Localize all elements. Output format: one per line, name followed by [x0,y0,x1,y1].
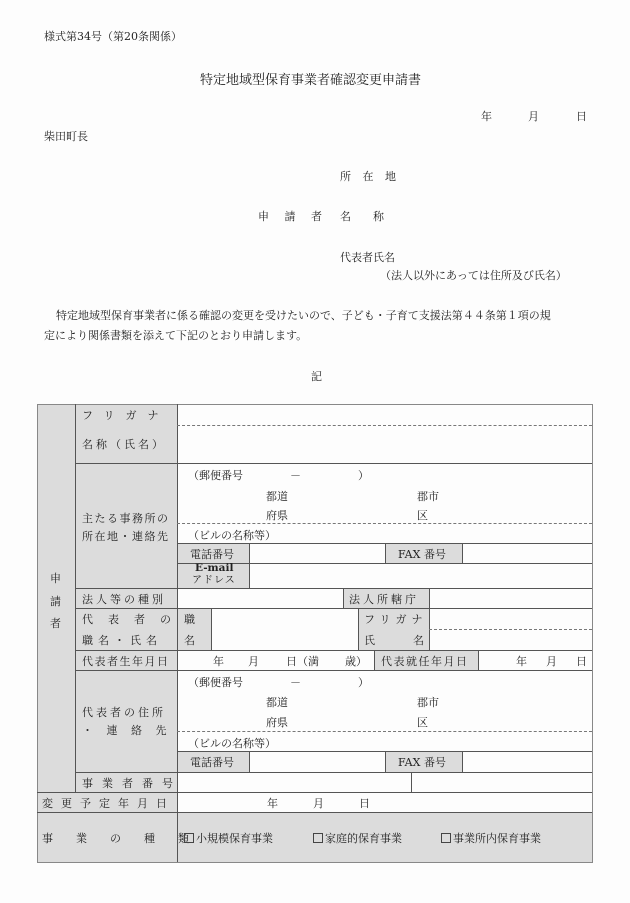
operator-no-input[interactable] [178,773,410,791]
phone-label: 電話番号 [190,546,234,562]
email-input[interactable] [250,564,591,587]
option-workplace[interactable]: 事業所内保育事業 [441,830,541,846]
option-label: 小規模保育事業 [196,832,273,845]
email-label-2: アドレス [192,575,236,586]
side-label-1: 申 [50,570,61,586]
furigana-label: フリガナ [82,407,169,423]
appt-month: 月 [546,653,557,669]
rep-furigana-label: フリガナ [364,611,427,627]
gunshi-label: 郡市 [417,488,439,504]
dashed-divider [177,731,592,732]
option-small-scale[interactable]: 小規模保育事業 [184,830,273,846]
corp-office-label: 法人所轄庁 [349,591,419,607]
divider [411,772,412,792]
operator-no-label: 事業者番号 [82,775,182,791]
corp-type-input[interactable] [178,589,342,607]
side-label-3: 者 [50,615,61,631]
fuken2-label: 府県 [266,714,288,730]
divider [385,751,386,772]
corp-type-label: 法人等の種別 [82,591,166,607]
change-date-label: 変更予定年月日 [42,795,175,811]
rep-title-label-2: 職名・氏名 [82,632,162,648]
fuken-label: 府県 [266,507,288,523]
date-year: 年 [481,108,492,124]
side-label-2: 請 [50,593,61,609]
gunshi2-label: 郡市 [417,694,439,710]
ki-label: 記 [311,368,322,384]
fax-input[interactable] [463,544,591,562]
document-title: 特定地域型保育事業者確認変更申請書 [200,69,421,88]
date-month: 月 [528,108,539,124]
birth-day: 日（満 [286,653,319,669]
option-label: 家庭的保育事業 [325,832,402,845]
rep-title-input[interactable] [212,609,357,649]
postal2-label: （郵便番号 [188,674,243,690]
dashed-divider [177,523,592,524]
applicant-location-label: 所 在 地 [340,168,400,184]
date-day: 日 [576,108,587,124]
rep-title-label-1: 代表者の [82,611,186,627]
appt-day: 日 [576,653,587,669]
body-paragraph-line1: 特定地域型保育事業者に係る確認の変更を受けたいので、子ども・子育て支援法第４４条… [56,307,551,323]
todo-label: 都道 [266,488,288,504]
applicant-rep-note: （法人以外にあっては住所及び氏名） [380,267,567,283]
email-label-1: E-mail [195,563,233,574]
dashed-divider [177,425,592,426]
postal2-close: ） [358,674,369,690]
checkbox-icon[interactable] [184,833,194,843]
fax-label: FAX 番号 [398,546,446,562]
postal-label: （郵便番号 [188,467,243,483]
birth-year: 年 [213,653,224,669]
divider [358,608,359,650]
applicant-name-label: 名 称 [340,208,384,224]
rep-address-label-2: ・ 連 絡 先 [82,722,172,738]
phone-input[interactable] [250,544,384,562]
divider [37,812,592,813]
divider [37,792,592,793]
checkbox-icon[interactable] [313,833,323,843]
rep-appointed-label: 代表就任年月日 [381,653,469,669]
divider [385,543,386,563]
divider [75,463,592,464]
rep-shi-label: 氏 [364,632,375,648]
office-label-2: 所在地・連絡先 [82,528,170,544]
divider [75,650,592,651]
divider [343,588,344,608]
birth-age: 歳） [345,653,367,669]
building-label: （ビルの名称等） [188,527,276,543]
rep-address-label-1: 代表者の住所 [82,704,166,720]
ku-label: 区 [417,507,428,523]
office-label-1: 主たる事務所の [82,510,170,526]
option-label: 事業所内保育事業 [453,832,541,845]
phone2-label: 電話番号 [190,754,234,770]
ku2-label: 区 [417,714,428,730]
birth-month: 月 [248,653,259,669]
postal-close: ） [358,467,369,483]
change-month: 月 [313,795,324,811]
postal2-dash: － [290,674,301,690]
divider [177,404,178,862]
shoku-label-1: 職 [184,611,195,627]
rep-mei-label: 名 [413,632,424,648]
rep-birth-label: 代表者生年月日 [82,653,170,669]
divider [75,670,592,671]
corp-office-input[interactable] [430,589,591,607]
divider [478,650,479,670]
applicant-label: 申 請 者 [258,208,328,224]
divider [374,650,375,670]
option-home-based[interactable]: 家庭的保育事業 [313,830,402,846]
change-day: 日 [359,795,370,811]
fax2-input[interactable] [463,752,591,771]
body-paragraph-line2: 定により関係書類を添えて下記のとおり申請します。 [44,327,307,343]
name-label: 名称（氏名） [82,436,166,452]
addressee: 柴田町長 [44,128,88,144]
shoku-label-2: 名 [184,632,195,648]
todo2-label: 都道 [266,694,288,710]
rep-name-input[interactable] [430,630,591,649]
checkbox-icon[interactable] [441,833,451,843]
appt-year: 年 [516,653,527,669]
phone2-input[interactable] [250,752,384,771]
form-number: 様式第34号（第20条関係） [44,28,182,44]
fax2-label: FAX 番号 [398,754,446,770]
postal-dash: － [290,467,301,483]
rep-furigana-input[interactable] [430,609,591,628]
change-year: 年 [267,795,278,811]
applicant-rep-label: 代表者氏名 [340,249,395,265]
building2-label: （ビルの名称等） [188,735,276,751]
